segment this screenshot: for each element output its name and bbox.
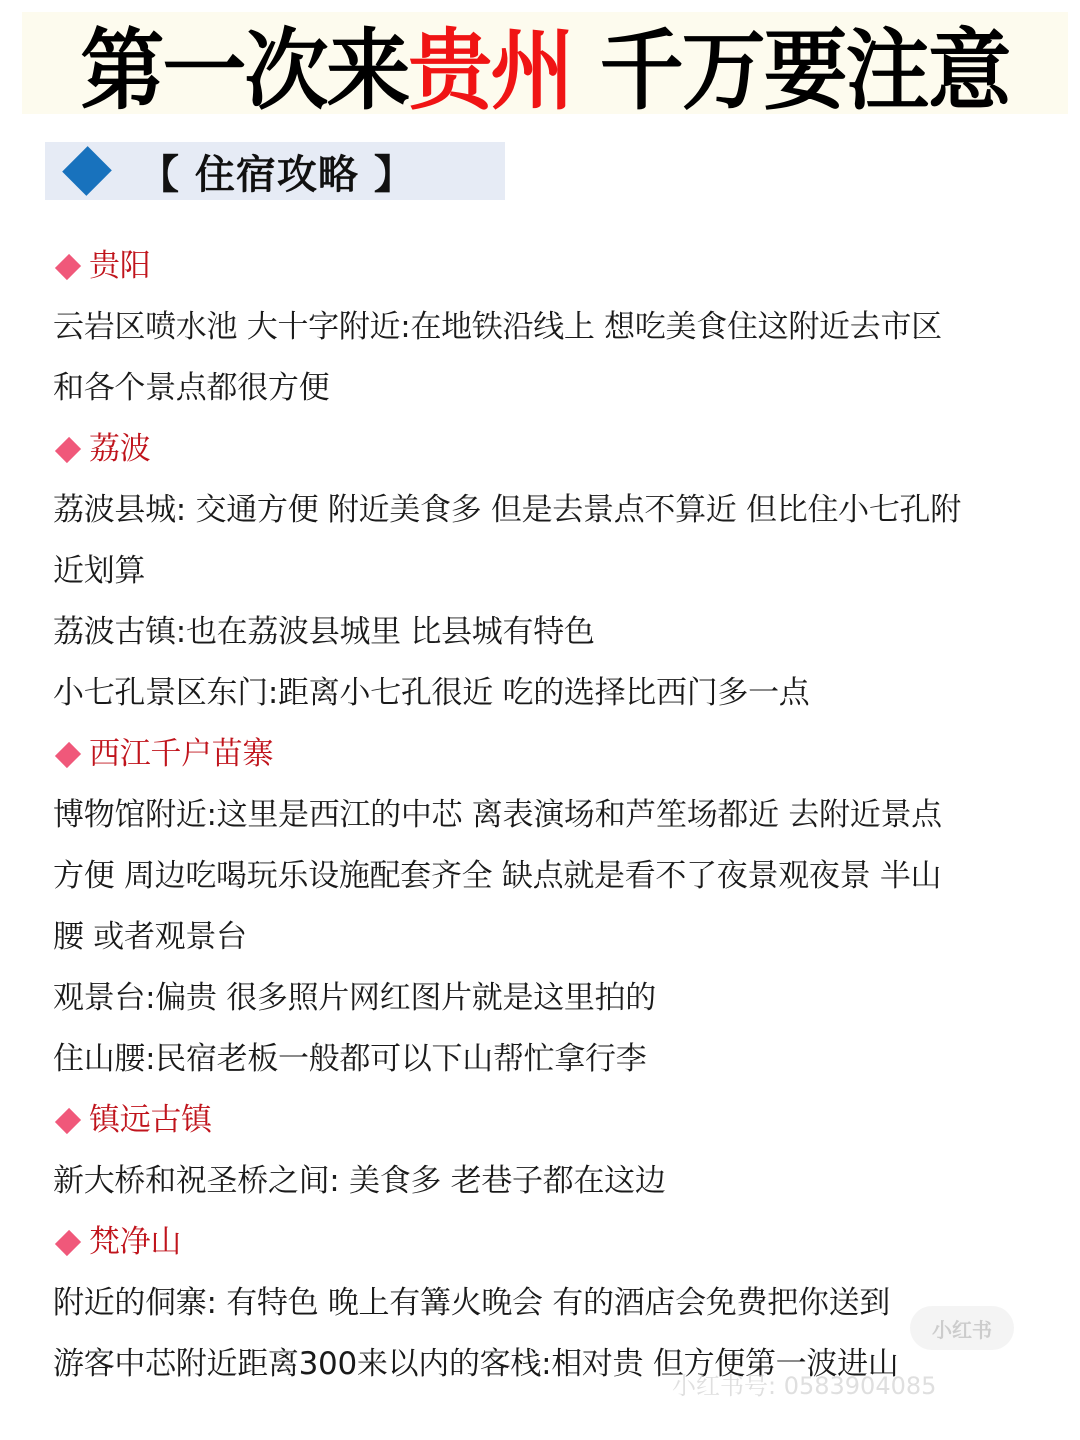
title-banner: 第一次来贵州 千万要注意 (22, 12, 1068, 114)
text-line: 观景台:偏贵 很多照片网红图片就是这里拍的 (53, 968, 1063, 1029)
place-heading-zhenyuan: 镇远古镇 (53, 1090, 1063, 1151)
place-name: 荔波 (89, 419, 150, 480)
place-heading-libo: 荔波 (53, 419, 1063, 480)
text-line: 和各个景点都很方便 (53, 358, 1063, 419)
title-part-1: 第一次来 (80, 18, 408, 121)
title-part-2: 千万要注意 (572, 18, 1009, 121)
place-heading-xijiang: 西江千户苗寨 (53, 724, 1063, 785)
pink-diamond-icon (55, 1229, 81, 1255)
watermark-id: 小红书号: 0583904085 (672, 1366, 936, 1401)
text-line: 小七孔景区东门:距离小七孔很近 吃的选择比西门多一点 (53, 663, 1063, 724)
text-line: 方便 周边吃喝玩乐设施配套齐全 缺点就是看不了夜景观夜景 半山 (53, 846, 1063, 907)
text-line: 云岩区喷水池 大十字附近:在地铁沿线上 想吃美食住这附近去市区 (53, 297, 1063, 358)
section-title: 【 住宿攻略 】 (139, 143, 415, 200)
text-line: 荔波县城: 交通方便 附近美食多 但是去景点不算近 但比住小七孔附 (53, 480, 1063, 541)
text-line: 新大桥和祝圣桥之间: 美食多 老巷子都在这边 (53, 1151, 1063, 1212)
pink-diamond-icon (55, 253, 81, 279)
text-line: 住山腰:民宿老板一般都可以下山帮忙拿行李 (53, 1029, 1063, 1090)
place-heading-guiyang: 贵阳 (53, 236, 1063, 297)
text-line: 腰 或者观景台 (53, 907, 1063, 968)
text-line: 博物馆附近:这里是西江的中芯 离表演场和芦笙场都近 去附近景点 (53, 785, 1063, 846)
content-body: 贵阳 云岩区喷水池 大十字附近:在地铁沿线上 想吃美食住这附近去市区 和各个景点… (53, 236, 1063, 1395)
place-name: 西江千户苗寨 (89, 724, 273, 785)
page-title: 第一次来贵州 千万要注意 (80, 0, 1009, 127)
pink-diamond-icon (55, 1107, 81, 1133)
section-header-lodging: 【 住宿攻略 】 (45, 142, 505, 200)
blue-diamond-icon (62, 146, 112, 196)
title-highlight: 贵州 (408, 18, 572, 121)
place-name: 梵净山 (89, 1212, 181, 1273)
watermark-logo: 小红书 (910, 1306, 1014, 1350)
place-name: 贵阳 (89, 236, 150, 297)
place-heading-fanjingshan: 梵净山 (53, 1212, 1063, 1273)
pink-diamond-icon (55, 436, 81, 462)
pink-diamond-icon (55, 741, 81, 767)
text-line: 近划算 (53, 541, 1063, 602)
place-name: 镇远古镇 (89, 1090, 212, 1151)
text-line: 荔波古镇:也在荔波县城里 比县城有特色 (53, 602, 1063, 663)
